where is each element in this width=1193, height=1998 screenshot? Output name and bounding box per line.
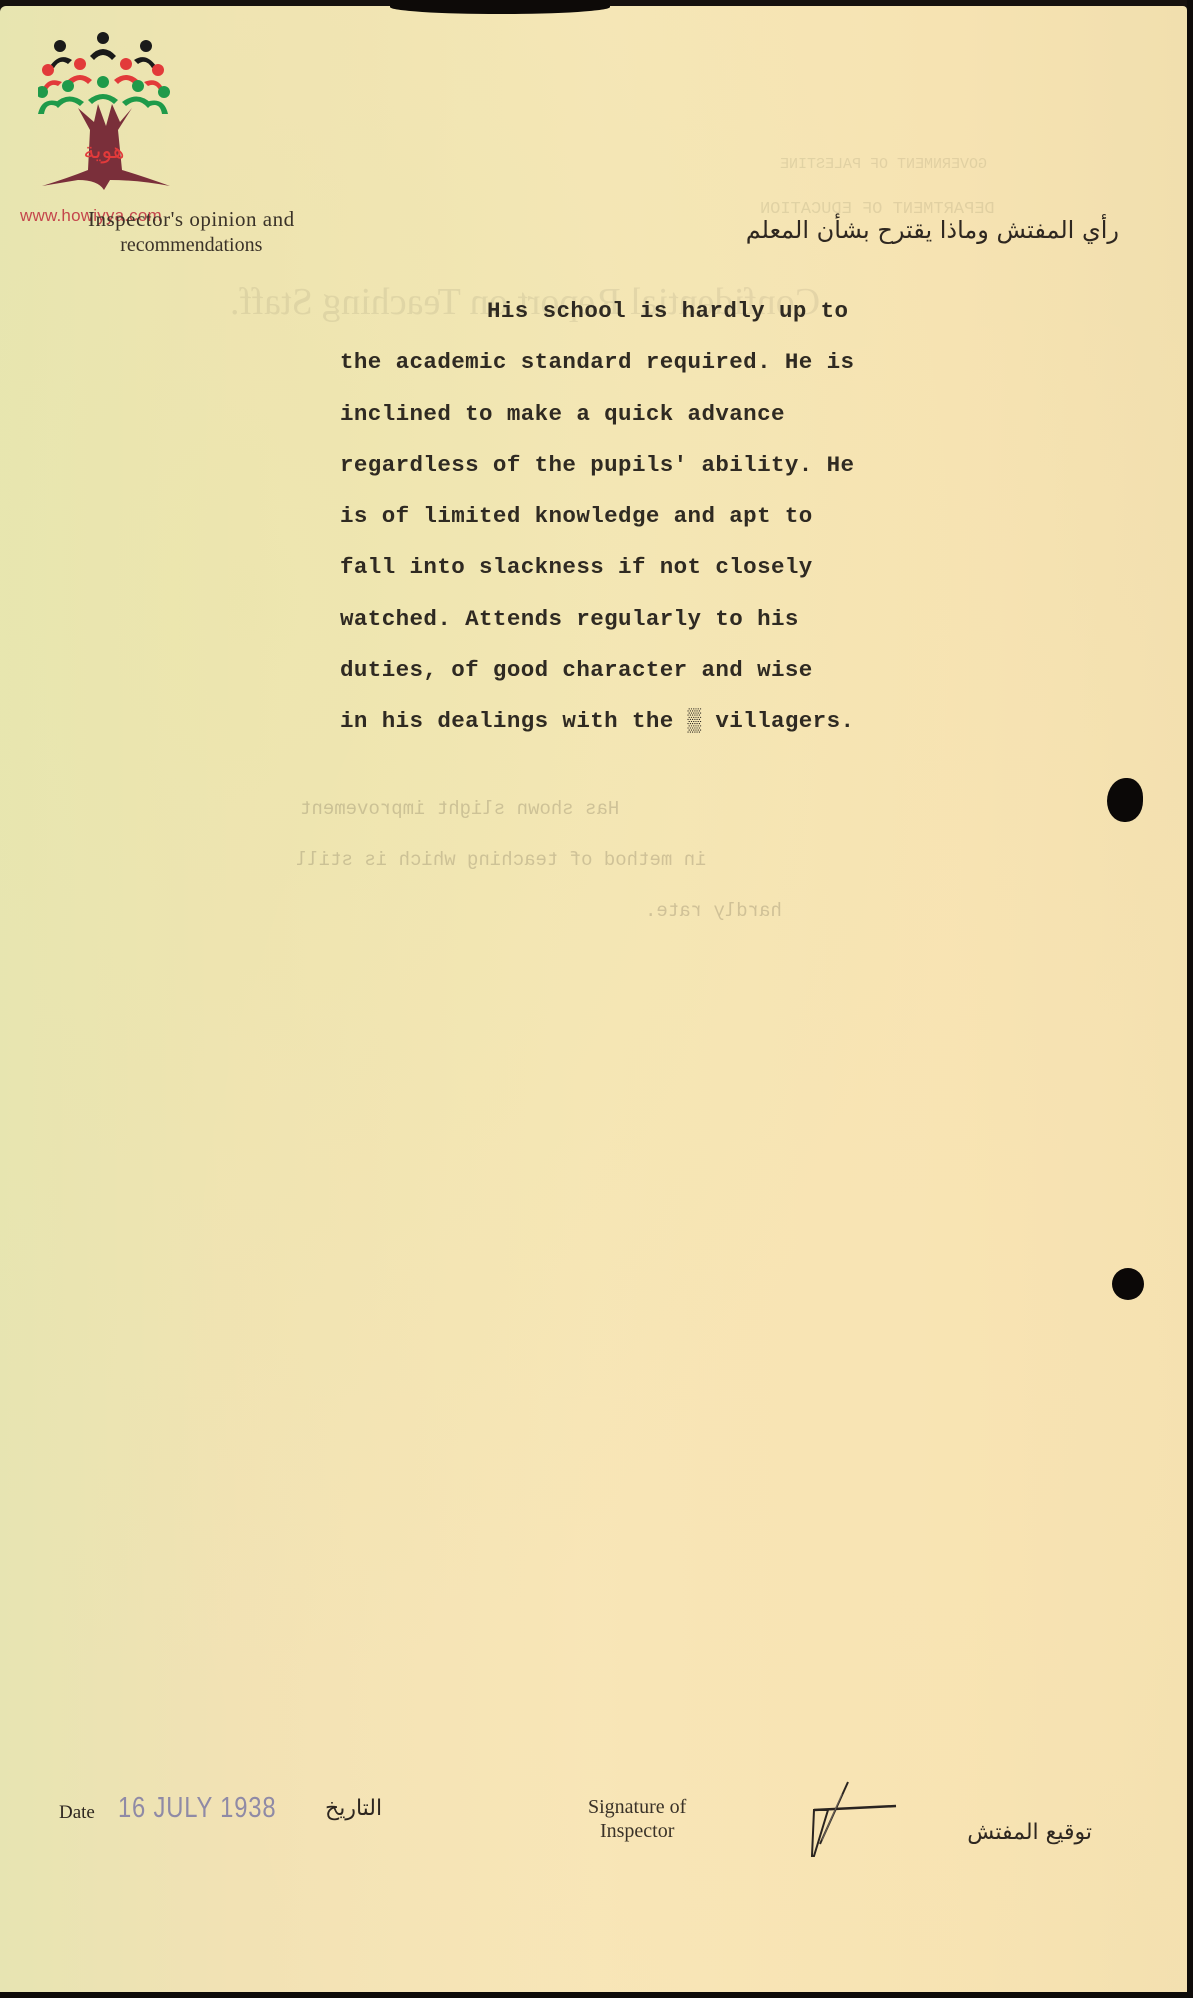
section-label-en: Inspector's opinion and recommendations bbox=[88, 206, 295, 258]
signature-label: Signature of Inspector bbox=[588, 1795, 686, 1843]
signature-label-line2: Inspector bbox=[588, 1819, 686, 1843]
inspector-signature-icon bbox=[800, 1780, 900, 1858]
date-stamp: 16 JULY 1938 bbox=[118, 1792, 276, 1825]
text-line: fall into slackness if not closely bbox=[340, 542, 960, 593]
scan-edge-blot bbox=[390, 0, 610, 14]
punch-hole-icon bbox=[1112, 1268, 1144, 1300]
section-label-en-line2: recommendations bbox=[88, 232, 295, 258]
ghost-line-1: Has shown slight improvement bbox=[300, 798, 619, 820]
text-line: the academic standard required. He is bbox=[340, 337, 960, 388]
ghost-heading-1: GOVERNMENT OF PALESTINE bbox=[780, 156, 987, 173]
svg-text:هوية: هوية bbox=[84, 139, 125, 164]
section-label-ar: رأي المفتش وماذا يقترح بشأن المعلم bbox=[746, 216, 1119, 244]
text-line: His school is hardly up to bbox=[340, 286, 960, 337]
section-label-en-line1: Inspector's opinion and bbox=[88, 206, 295, 232]
text-line: duties, of good character and wise bbox=[340, 645, 960, 696]
signature-label-ar: توقيع المفتش bbox=[967, 1820, 1092, 1845]
text-line: in his dealings with the ▒ villagers. bbox=[340, 696, 960, 747]
date-label: Date bbox=[59, 1802, 95, 1824]
document-page: GOVERNMENT OF PALESTINE DEPARTMENT OF ED… bbox=[0, 6, 1187, 1992]
text-line: inclined to make a quick advance bbox=[340, 389, 960, 440]
signature-label-line1: Signature of bbox=[588, 1795, 686, 1819]
punch-hole-icon bbox=[1107, 778, 1143, 822]
inspector-opinion-text: His school is hardly up to the academic … bbox=[340, 286, 960, 748]
date-label-ar: التاريخ bbox=[325, 1796, 382, 1821]
text-line: is of limited knowledge and apt to bbox=[340, 491, 960, 542]
scan-edge-right bbox=[1187, 0, 1193, 1998]
text-line: regardless of the pupils' ability. He bbox=[340, 440, 960, 491]
ghost-line-2: in method of teaching which is still bbox=[296, 849, 706, 871]
text-line: watched. Attends regularly to his bbox=[340, 594, 960, 645]
howiyya-logo-icon: هوية bbox=[38, 30, 178, 200]
ghost-line-3: hardly rate. bbox=[645, 900, 782, 922]
scan-edge-bottom bbox=[0, 1992, 1193, 1998]
